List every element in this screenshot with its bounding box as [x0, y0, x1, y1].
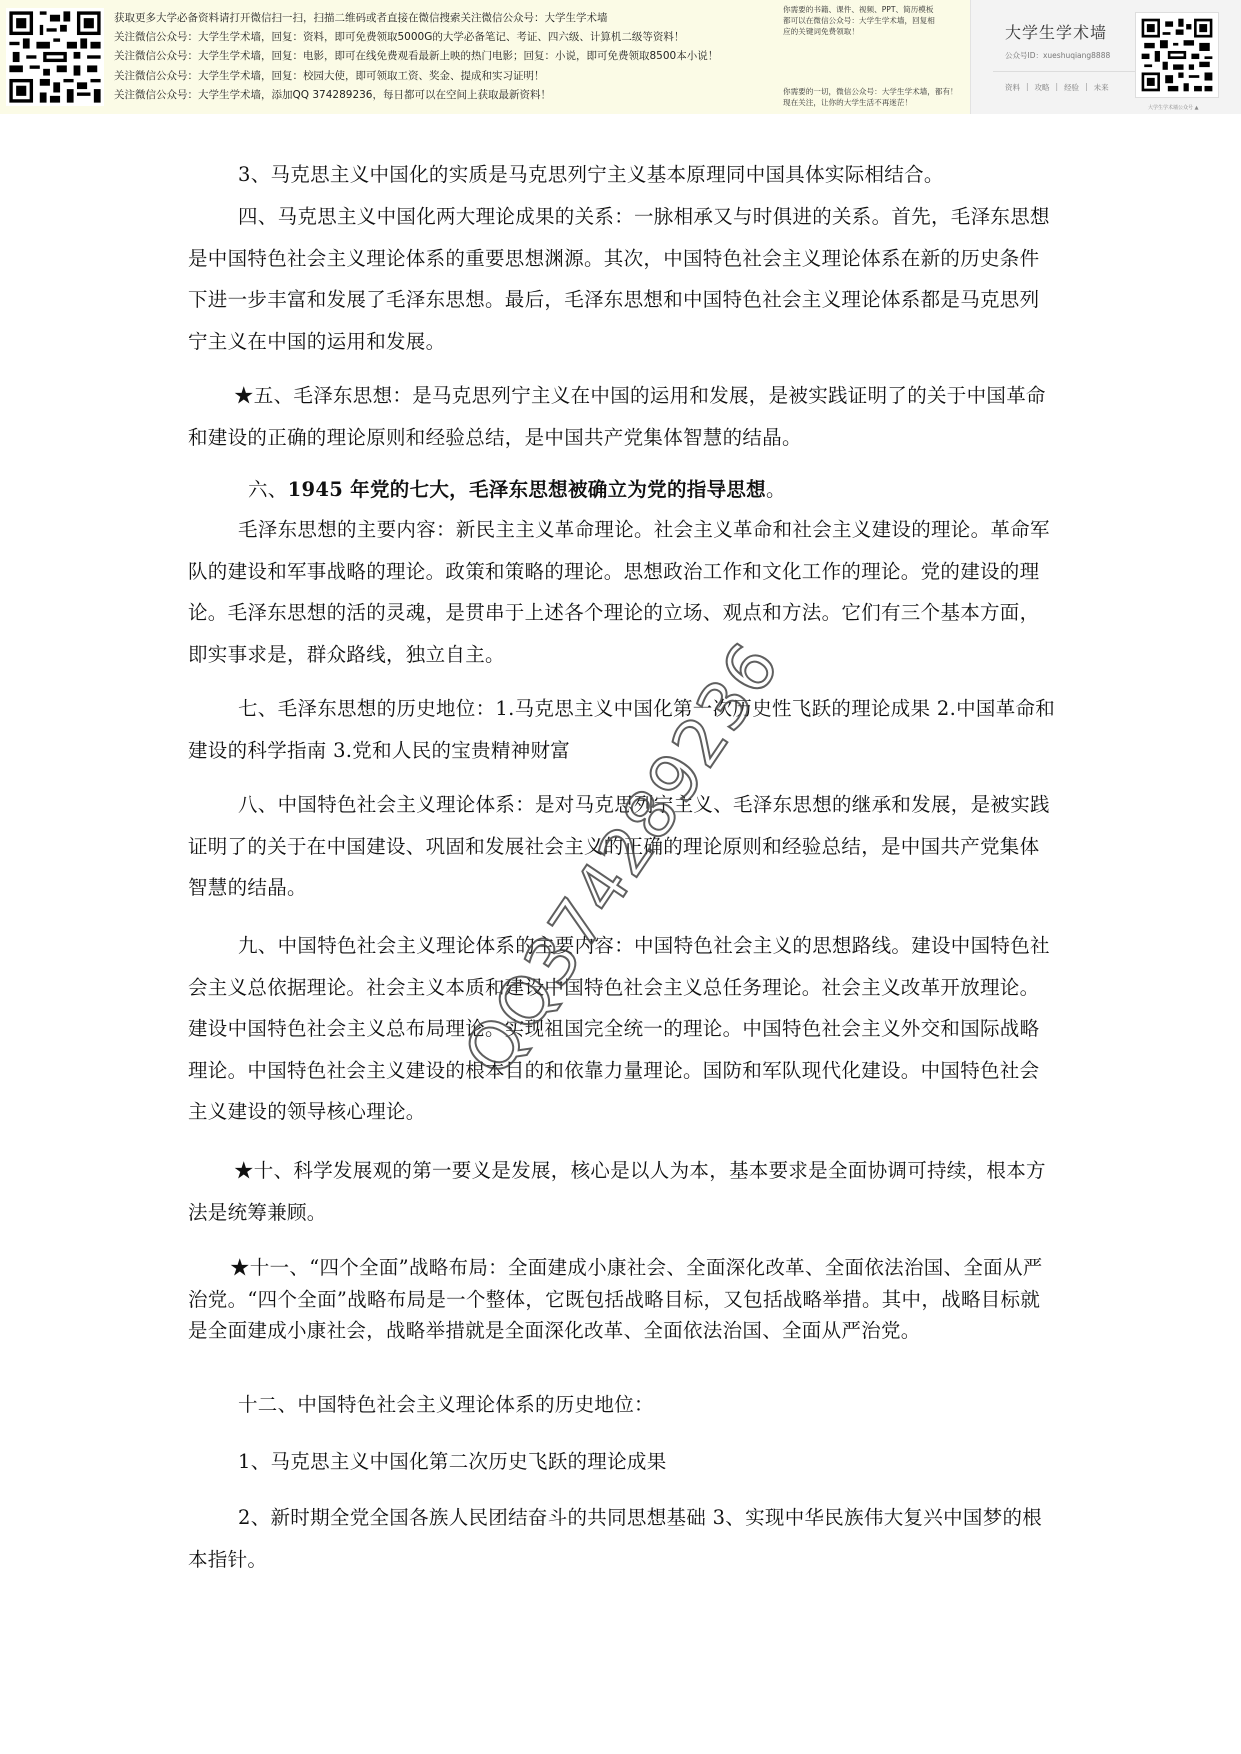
paragraph-text: ★十一、“四个全面”战略布局：全面建成小康社会、全面深化改革、全面依法治国、全面… [188, 1256, 1043, 1342]
ad-banner-left: 获取更多大学必备资料请打开微信扫一扫，扫描二维码或者直接在微信搜索关注微信公众号… [0, 0, 970, 114]
heading-suffix: 。 [766, 478, 786, 501]
account-title: 大学生学术墙 [1005, 20, 1107, 43]
ad-line: 关注微信公众号：大学生学术墙，回复：资料，即可免费领取5000G的大学必备笔记、… [114, 28, 718, 47]
account-id: 公众号ID：xueshuqiang8888 [1005, 50, 1110, 61]
paragraph-heading: 六、1945 年党的七大，毛泽东思想被确立为党的指导思想。 [248, 469, 1118, 511]
paragraph-text: 2、新时期全党全国各族人民团结奋斗的共同思想基础 3、实现中华民族伟大复兴中国梦… [188, 1506, 1042, 1571]
ad-text-lines: 获取更多大学必备资料请打开微信扫一扫，扫描二维码或者直接在微信搜索关注微信公众号… [114, 9, 718, 105]
ad-line: 关注微信公众号：大学生学术墙，回复：电影，即可在线免费观看最新上映的热门电影；回… [114, 47, 718, 66]
ad-line: 获取更多大学必备资料请打开微信扫一扫，扫描二维码或者直接在微信搜索关注微信公众号… [114, 9, 718, 28]
ad-right-bottom-text: 你需要的一切，微信公众号：大学生学术墙，都有！ 现在关注，让你的大学生活不再迷茫… [783, 86, 958, 108]
paragraph-text: 四、马克思主义中国化两大理论成果的关系：一脉相承又与时俱进的关系。首先，毛泽东思… [188, 205, 1050, 353]
ad-right-top-line: 应的关键词免费领取！ [783, 26, 935, 37]
qr-code-left [6, 8, 104, 106]
ad-right-top-line: 你需要的书籍、课件、视频、PPT、简历模板 [783, 4, 935, 15]
paragraph: 七、毛泽东思想的历史地位：1.马克思主义中国化第一次历史性飞跃的理论成果 2.中… [188, 688, 1058, 771]
heading-prefix: 六、 [248, 478, 288, 501]
link-materials[interactable]: 资料 [1005, 82, 1020, 93]
paragraph: 3、马克思主义中国化的实质是马克思列宁主义基本原理同中国具体实际相结合。 [188, 154, 1058, 196]
paragraph-starred: ★五、毛泽东思想：是马克思列宁主义在中国的运用和发展，是被实践证明了的关于中国革… [188, 375, 1058, 458]
link-experience[interactable]: 经验 [1064, 82, 1079, 93]
paragraph-text: 九、中国特色社会主义理论体系的主要内容：中国特色社会主义的思想路线。建设中国特色… [188, 934, 1050, 1123]
paragraph-starred: ★十、科学发展观的第一要义是发展，核心是以人为本，基本要求是全面协调可持续，根本… [188, 1150, 1058, 1233]
paragraph-text: ★十、科学发展观的第一要义是发展，核心是以人为本，基本要求是全面协调可持续，根本… [188, 1159, 1046, 1224]
ad-right-top-line: 都可以在微信公众号：大学生学术墙，回复相 [783, 15, 935, 26]
heading-bold-text: 1945 年党的七大，毛泽东思想被确立为党的指导思想 [288, 478, 766, 501]
qr-code-icon [1139, 16, 1215, 94]
account-links: 资料 | 攻略 | 经验 | 未来 [1005, 82, 1109, 93]
separator: | [1026, 82, 1029, 93]
separator: | [1056, 82, 1059, 93]
link-guides[interactable]: 攻略 [1035, 82, 1050, 93]
ad-right-bottom-line: 你需要的一切，微信公众号：大学生学术墙，都有！ [783, 86, 958, 97]
paragraph: 十二、中国特色社会主义理论体系的历史地位： [188, 1384, 1058, 1426]
paragraph: 2、新时期全党全国各族人民团结奋斗的共同思想基础 3、实现中华民族伟大复兴中国梦… [188, 1497, 1058, 1580]
paragraph-text: 1、马克思主义中国化第二次历史飞跃的理论成果 [238, 1450, 667, 1473]
divider [993, 71, 1143, 72]
paragraph: 八、中国特色社会主义理论体系：是对马克思列宁主义、毛泽东思想的继承和发展，是被实… [188, 784, 1058, 909]
paragraph: 九、中国特色社会主义理论体系的主要内容：中国特色社会主义的思想路线。建设中国特色… [188, 925, 1058, 1133]
paragraph-text: 八、中国特色社会主义理论体系：是对马克思列宁主义、毛泽东思想的继承和发展，是被实… [188, 793, 1050, 899]
paragraph: 毛泽东思想的主要内容：新民主主义革命理论。社会主义革命和社会主义建设的理论。革命… [188, 509, 1058, 675]
qr-code-icon [6, 8, 104, 106]
ad-banner: 获取更多大学必备资料请打开微信扫一扫，扫描二维码或者直接在微信搜索关注微信公众号… [0, 0, 1241, 114]
ad-right-top-text: 你需要的书籍、课件、视频、PPT、简历模板 都可以在微信公众号：大学生学术墙，回… [783, 4, 935, 37]
paragraph-text: 毛泽东思想的主要内容：新民主主义革命理论。社会主义革命和社会主义建设的理论。革命… [188, 518, 1050, 666]
paragraph-text: 十二、中国特色社会主义理论体系的历史地位： [238, 1393, 654, 1416]
link-future[interactable]: 未来 [1094, 82, 1109, 93]
ad-line: 关注微信公众号：大学生学术墙，回复：校园大使，即可领取工资、奖金、提成和实习证明… [114, 67, 718, 86]
paragraph: 1、马克思主义中国化第二次历史飞跃的理论成果 [188, 1441, 1058, 1483]
paragraph-text: 3、马克思主义中国化的实质是马克思列宁主义基本原理同中国具体实际相结合。 [238, 163, 944, 186]
paragraph-text: 七、毛泽东思想的历史地位：1.马克思主义中国化第一次历史性飞跃的理论成果 2.中… [188, 697, 1055, 762]
ad-right-bottom-line: 现在关注，让你的大学生活不再迷茫！ [783, 97, 958, 108]
qr-code-right [1135, 12, 1219, 98]
ad-line: 关注微信公众号：大学生学术墙，添加QQ 374289236，每日都可以在空间上获… [114, 86, 718, 105]
paragraph-text: ★五、毛泽东思想：是马克思列宁主义在中国的运用和发展，是被实践证明了的关于中国革… [188, 384, 1046, 449]
paragraph: 四、马克思主义中国化两大理论成果的关系：一脉相承又与时俱进的关系。首先，毛泽东思… [188, 196, 1058, 362]
paragraph-starred: ★十一、“四个全面”战略布局：全面建成小康社会、全面深化改革、全面依法治国、全面… [188, 1252, 1058, 1347]
separator: | [1085, 82, 1088, 93]
qr-caption: 大学生学术墙公众号 ▲ [1148, 104, 1198, 111]
